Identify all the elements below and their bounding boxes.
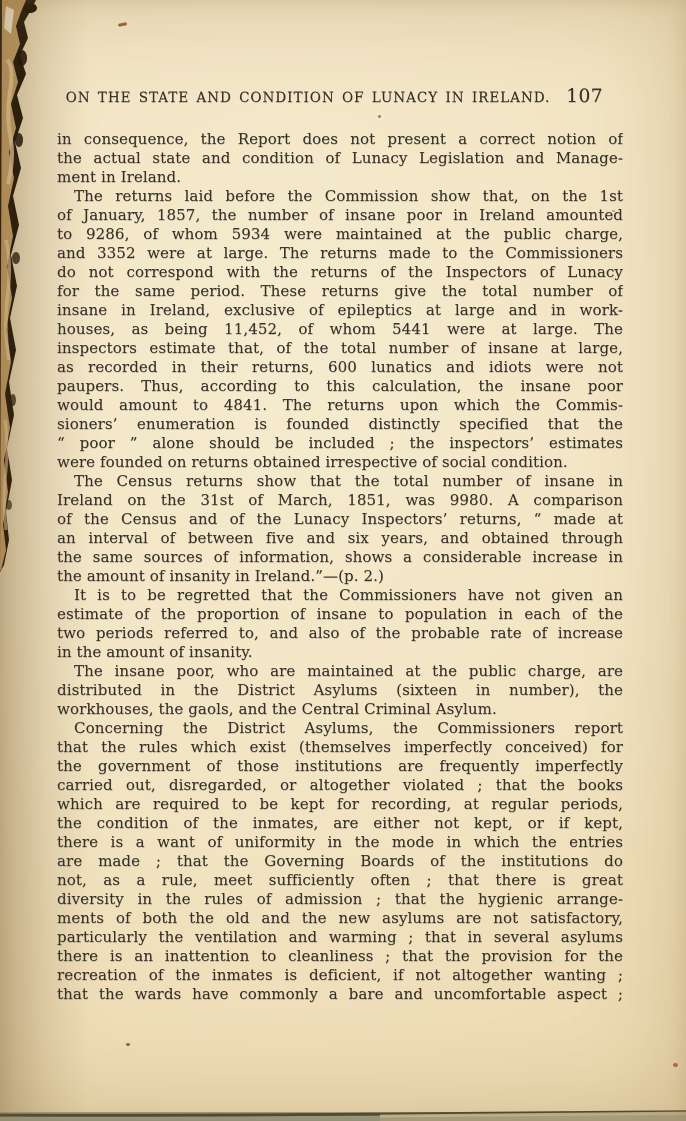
text-line: there is an inattention to cleanliness ;…	[57, 947, 623, 966]
text-line: were founded on returns obtained irrespe…	[57, 453, 623, 472]
text-line: ments of both the old and the new asylum…	[57, 909, 623, 928]
text-line: in the amount of insanity.	[57, 643, 623, 662]
paragraph: The insane poor, who are maintained at t…	[57, 662, 623, 719]
text-line: The Census returns show that the total n…	[57, 472, 623, 491]
paper-speck	[378, 115, 381, 118]
text-line: which are required to be kept for record…	[57, 795, 623, 814]
bottom-page-edge	[0, 1105, 686, 1121]
text-line: for the same period. These returns give …	[57, 282, 623, 301]
text-line: the same sources of information, shows a…	[57, 548, 623, 567]
text-body: in consequence, the Report does not pres…	[57, 130, 623, 1004]
paragraph: It is to be regretted that the Commissio…	[57, 586, 623, 662]
text-line: are made ; that the Governing Boards of …	[57, 852, 623, 871]
page-title: ON THE STATE AND CONDITION OF LUNACY IN …	[57, 90, 623, 106]
text-line: that the rules which exist (themselves i…	[57, 738, 623, 757]
running-header: ON THE STATE AND CONDITION OF LUNACY IN …	[57, 90, 623, 112]
text-line: recreation of the inmates is deficient, …	[57, 966, 623, 985]
paper-speck	[118, 22, 127, 27]
paper-speck	[673, 1063, 678, 1067]
paragraph: in consequence, the Report does not pres…	[57, 130, 623, 187]
torn-binding-edge	[0, 0, 52, 580]
text-line: houses, as being 11,452, of whom 5441 we…	[57, 320, 623, 339]
text-line: inspectors estimate that, of the total n…	[57, 339, 623, 358]
text-line: the government of those institutions are…	[57, 757, 623, 776]
text-line: workhouses, the gaols, and the Central C…	[57, 700, 623, 719]
text-line: sioners’ enumeration is founded distinct…	[57, 415, 623, 434]
text-line: in consequence, the Report does not pres…	[57, 130, 623, 149]
text-line: The insane poor, who are maintained at t…	[57, 662, 623, 681]
text-line: “ poor ” alone should be included ; the …	[57, 434, 623, 453]
text-line: an interval of between five and six year…	[57, 529, 623, 548]
text-line: insane in Ireland, exclusive of epilepti…	[57, 301, 623, 320]
text-line: as recorded in their returns, 600 lunati…	[57, 358, 623, 377]
text-line: the amount of insanity in Ireland.”—(p. …	[57, 567, 623, 586]
text-line: the actual state and condition of Lunacy…	[57, 149, 623, 168]
text-line: the condition of the inmates, are either…	[57, 814, 623, 833]
text-line: particularly the ventilation and warming…	[57, 928, 623, 947]
text-line: paupers. Thus, according to this calcula…	[57, 377, 623, 396]
text-line: It is to be regretted that the Commissio…	[57, 586, 623, 605]
book-page-scan: ON THE STATE AND CONDITION OF LUNACY IN …	[0, 0, 686, 1121]
paragraph: Concerning the District Asylums, the Com…	[57, 719, 623, 1004]
text-line: estimate of the proportion of insane to …	[57, 605, 623, 624]
text-line: of the Census and of the Lunacy Inspecto…	[57, 510, 623, 529]
paragraph: The Census returns show that the total n…	[57, 472, 623, 586]
text-line: Concerning the District Asylums, the Com…	[57, 719, 623, 738]
text-line: distributed in the District Asylums (six…	[57, 681, 623, 700]
text-line: carried out, disregarded, or altogether …	[57, 776, 623, 795]
text-line: The returns laid before the Commission s…	[57, 187, 623, 206]
paper-speck	[126, 1043, 130, 1046]
paragraph: The returns laid before the Commission s…	[57, 187, 623, 472]
text-line: two periods referred to, and also of the…	[57, 624, 623, 643]
text-line: and 3352 were at large. The returns made…	[57, 244, 623, 263]
text-line: do not correspond with the returns of th…	[57, 263, 623, 282]
text-line: diversity in the rules of admission ; th…	[57, 890, 623, 909]
text-line: of January, 1857, the number of insane p…	[57, 206, 623, 225]
text-line: would amount to 4841. The returns upon w…	[57, 396, 623, 415]
text-line: there is a want of uniformity in the mod…	[57, 833, 623, 852]
text-line: ment in Ireland.	[57, 168, 623, 187]
text-line: Ireland on the 31st of March, 1851, was …	[57, 491, 623, 510]
text-line: to 9286, of whom 5934 were maintained at…	[57, 225, 623, 244]
text-line: that the wards have commonly a bare and …	[57, 985, 623, 1004]
text-line: not, as a rule, meet sufficiently often …	[57, 871, 623, 890]
page-number: 107	[566, 86, 603, 107]
